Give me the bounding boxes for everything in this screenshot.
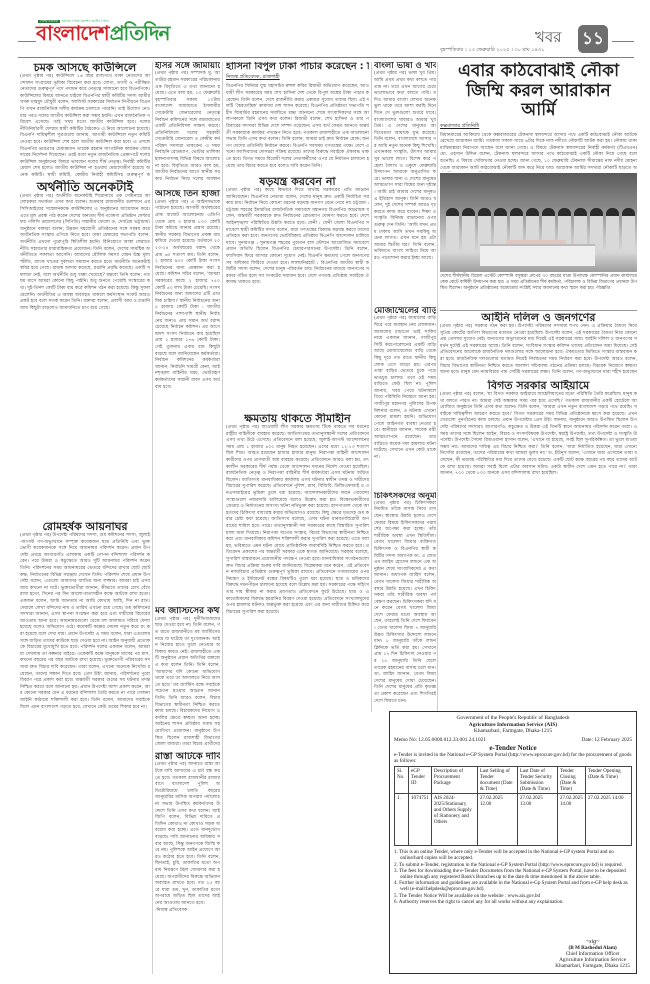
tender-title: e-Tender Notice (394, 744, 632, 752)
article-body: (প্রথম পৃষ্ঠার পর) কাউন্সিলে ১৬ বছর রাজপ… (20, 74, 150, 178)
tender-notice[interactable]: Government of the People's Republic of B… (389, 711, 637, 974)
photo-person (622, 208, 635, 250)
tender-notes: 1. This is an online Tender, where only … (394, 849, 632, 905)
article-language[interactable]: বাংলা ভাষা ও খাবার (প্রথম পৃষ্ঠার পর) ভা… (374, 62, 436, 302)
column-divider (222, 62, 223, 974)
article-body: (প্রথম পৃষ্ঠার পর) সম্পাদক মু. আতাউর রহম… (155, 71, 220, 182)
article-jamaat[interactable]: ইসির সঙ্গে জামায়াতের (প্রথম পৃষ্ঠার পর)… (155, 62, 220, 182)
col-sl: Sl. No. (395, 767, 409, 794)
cell-sl: 1. (395, 794, 409, 846)
article-council[interactable]: চমক আসছে কাউন্সিলে (প্রথম পৃষ্ঠার পর) কা… (20, 62, 150, 178)
logo-part-bangladesh: বাংলাদেশ (36, 19, 109, 52)
article-three-thousand[interactable]: আসছে তিন হাজার (প্রথম পৃষ্ঠার পর) এ আইনস… (155, 190, 220, 605)
photo-caption: দেশের শীর্ষস্থানীয় রিয়েল এস্টেট কোম্পা… (440, 274, 637, 293)
headline: চমক আসছে কাউন্সিলে (20, 62, 150, 74)
tagline-badge: দেশের সর্বাধিক (38, 20, 60, 23)
headline: ষড়যন্ত্র করবেন না (226, 176, 369, 188)
col-closing: Tender Closing (Date & Time) (557, 767, 585, 794)
article-body: (প্রথম পৃষ্ঠার পর) জানাতে রাস্তা আটকে দা… (155, 762, 220, 907)
article-body: মিয়ানমারের আকিয়াব থেকে কক্সবাজারের টেক… (440, 133, 637, 172)
cell-closing: 27.02.2025 14.00 (557, 794, 585, 846)
headline: ক্ষমতায় থাকতে সীমাহীন (226, 413, 369, 425)
tender-note: 1. This is an online Tender, where only … (394, 849, 632, 861)
column-divider (371, 62, 372, 712)
headline: মব জাস্টিসের কথা (155, 607, 220, 617)
tender-table-row: 1. 1074751 AIS 2024-2025/Stationary and … (395, 794, 632, 846)
photo-person (462, 208, 475, 250)
headline: মোজাম্মেলের বাড়িতে (374, 307, 436, 316)
article-body: (প্রথম পৃষ্ঠার পর) আওয়ামী লীগ সরকার ক্ষ… (226, 425, 369, 616)
tagline-text: প্রচারিত দৈনিক প্রকাশিত জাতীয় দৈনিক (62, 19, 109, 23)
col-last-selling: Last Selling of Tender document (Date & … (477, 767, 517, 794)
tender-date: Date: 12 February 2025 (582, 737, 632, 743)
article-road-blockade[interactable]: রাস্তা আটকে দাবি (প্রথম পৃষ্ঠার পর) জানা… (155, 752, 220, 952)
article-body: (প্রথম পৃষ্ঠার পর) ভাষা খুব প্রিয়। আমি … (374, 71, 436, 262)
article-body: বিএনপির সিনিয়র যুগ্ম মহাসচিব রুহুল কবির… (226, 84, 369, 170)
col-tender-id: eGP Tender ID (409, 767, 432, 794)
event-photo[interactable] (440, 173, 637, 272)
masthead-bottom-rule (18, 57, 634, 58)
tender-header-address: Khamarbari, Farmgate, Dhaka-1215 (394, 728, 632, 735)
headline: ইসির সঙ্গে জামায়াতের (155, 62, 220, 71)
article-economy[interactable]: অর্থনীতি অনেকটাই (প্রথম পৃষ্ঠার পর) অর্থ… (20, 180, 150, 483)
tender-note: 4. Further information and guidelines ar… (394, 880, 632, 892)
byline: নিজস্ব প্রতিবেদক, রাজশাহী (226, 74, 369, 82)
article-hasina[interactable]: হাসিনা বিপুল টাকা পাচার করেছেন : রিজভী ন… (226, 62, 369, 182)
photo-person (446, 208, 459, 250)
newspaper-logo: দেশের সর্বাধিকপ্রচারিত দৈনিক প্রকাশিত জা… (36, 22, 169, 52)
headline: আসছে তিন হাজার (155, 190, 220, 200)
tender-note: 3. The fees for downloading the e-Tender… (394, 868, 632, 880)
article-arakan[interactable]: এবার কাঠবোঝাই নৌকা জিম্মি করল আরাকান আর্… (440, 62, 637, 172)
signatory-address: Khamarbari, Farmgate, Dhaka 1215 (555, 963, 630, 969)
col-description: Description of Procurement Package (431, 767, 477, 794)
section-divider (440, 310, 637, 311)
article-body: (প্রথম পৃষ্ঠার পর) সরকার গঠন করা হয়। উপ… (440, 324, 637, 374)
article-body: (প্রথম পৃষ্ঠার পর) বলেন, 'যা বিগত সরকার … (374, 392, 637, 478)
dateline: বৃহস্পতিবার । ১৩ ফেব্রুয়ারি ২০২৫ । ৩০ ম… (440, 47, 544, 55)
logo-tagline: দেশের সর্বাধিকপ্রচারিত দৈনিক প্রকাশিত জা… (38, 20, 108, 23)
tender-note: 2. To submit e-Tender, registration in t… (394, 862, 632, 868)
article-body: (প্রথম পৃষ্ঠার পর) দুর্নীতিবাজদের ছাড় দ… (155, 617, 220, 747)
masthead: দেশের সর্বাধিকপ্রচারিত দৈনিক প্রকাশিত জা… (0, 0, 650, 64)
tender-signature-block: ~sig~ (B M Rashedul Alam) Chief Informat… (555, 939, 630, 969)
tender-table-header: Sl. No. eGP Tender ID Description of Pro… (395, 767, 632, 794)
tender-intro: e-Tender is invited in the National e-GP… (394, 752, 632, 764)
photo-person (606, 208, 619, 250)
signoff: -নিজস্ব প্রতিবেদক (155, 908, 220, 915)
article-conspiracy[interactable]: ষড়যন্ত্র করবেন না (প্রথম পৃষ্ঠার পর) কা… (226, 176, 369, 409)
article-previous-govt[interactable]: বিগত সরকার আইয়ামে (প্রথম পৃষ্ঠার পর) বল… (374, 380, 637, 706)
photo-table (480, 244, 595, 266)
cell-opening: 27.02.2025 14.00 (585, 794, 631, 846)
cell-tender-id: 1074751 (409, 794, 432, 846)
col-opening: Tender Opening (Date & Time) (585, 767, 631, 794)
tender-memo-row: Memo No: 12.05.0000.012.33.001.24.1021 D… (394, 737, 632, 743)
headline: রোমহর্ষক আয়নাঘর (20, 521, 150, 533)
page-number-badge: ১১ (578, 25, 608, 53)
headline: অর্থনীতি অনেকটাই (20, 180, 150, 194)
article-power[interactable]: ক্ষমতায় থাকতে সীমাহীন (প্রথম পৃষ্ঠার পর… (226, 413, 369, 973)
masthead-rule-left (18, 41, 36, 42)
tender-header-org: Agriculture Information Service (AIS) (394, 722, 632, 729)
headline: বাংলা ভাষা ও খাবার (374, 62, 436, 71)
headline: বিগত সরকার আইয়ামে (374, 380, 637, 392)
col-security-submission: Last Date of Tender Security Submission … (517, 767, 557, 794)
cell-description: AIS 2024-2025/Stationary and Others Supp… (431, 794, 477, 846)
cell-security-submission: 27.02.2025 13.00 (517, 794, 557, 846)
article-body: (প্রথম পৃষ্ঠার পর) অর্থনীতি অনেকটাই শিরো… (20, 194, 150, 313)
tender-note: 6. Authority reserves the right to cance… (394, 899, 632, 905)
article-chief-justice[interactable]: মব জাস্টিসের কথা (প্রথম পৃষ্ঠার পর) দুর্… (155, 607, 220, 747)
masthead-rule-right (612, 41, 634, 42)
headline: রাস্তা আটকে দাবি (155, 752, 220, 762)
article-body: (প্রথম পৃষ্ঠার পর) এ আইনসভাকে পাঠানো হয়… (155, 200, 220, 391)
tender-header-govt: Government of the People's Republic of B… (394, 715, 632, 722)
cell-last-selling: 27.02.2025 12.00 (477, 794, 517, 846)
article-body: (প্রথম পৃষ্ঠার পর) উপদেষ্টা পরিষদের সদস্… (20, 533, 150, 711)
tender-memo-number: Memo No: 12.05.0000.012.33.001.24.1021 (394, 737, 486, 743)
headline: আইনি দলিল ও জনগণের (440, 312, 637, 324)
article-legal-docs[interactable]: আইনি দলিল ও জনগণের (প্রথম পৃষ্ঠার পর) সর… (440, 312, 637, 374)
tender-table: Sl. No. eGP Tender ID Description of Pro… (394, 766, 632, 846)
column-divider (152, 62, 153, 974)
headline: হাসিনা বিপুল টাকা পাচার করেছেন : রিজভী (226, 62, 369, 72)
article-body: (প্রথম পৃষ্ঠার পর) কাছে কিভাবে দিতে অর্থ… (226, 188, 369, 287)
headline: এবার কাঠবোঝাই নৌকা জিম্মি করল আরাকান আর্… (440, 62, 637, 121)
article-horrific[interactable]: রোমহর্ষক আয়নাঘর (প্রথম পৃষ্ঠার পর) উপদে… (20, 521, 150, 961)
logo-part-pratidin: প্রতিদিন (110, 19, 170, 52)
byline: কক্সবাজার প্রতিনিধি (440, 123, 637, 131)
